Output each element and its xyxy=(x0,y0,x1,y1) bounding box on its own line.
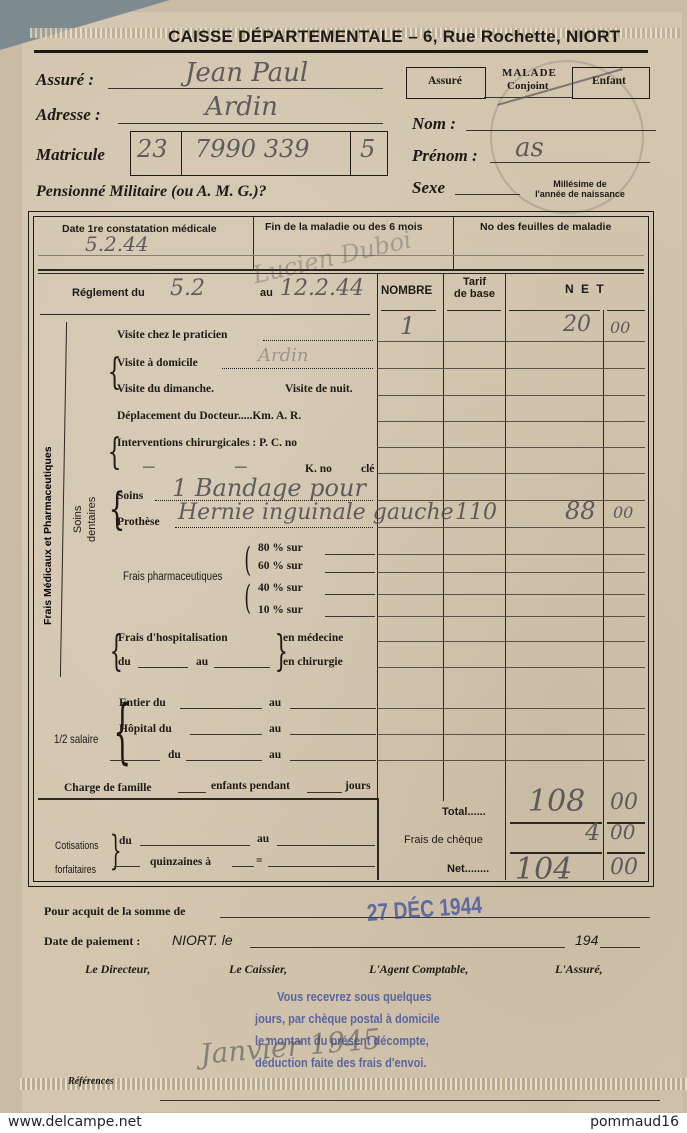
adresse-field-line xyxy=(118,123,383,124)
pensionne-label: Pensionné Militaire (ou A. M. G.)? xyxy=(36,183,267,201)
millesime-label: Millésime de l'année de naissance xyxy=(530,179,630,199)
watermark-footer: www.delcampe.net pommaud16 xyxy=(0,1113,687,1133)
du-line xyxy=(186,760,262,761)
soins-dentaires-line-1: Soins xyxy=(71,497,85,542)
row-pct-80: 80 % sur xyxy=(258,542,303,554)
row-pct-60: 60 % sur xyxy=(258,560,303,572)
dots-prothese xyxy=(175,527,373,528)
dots-visite-praticien xyxy=(263,340,373,341)
quinzaines-value-line xyxy=(232,866,254,867)
grid-row-line xyxy=(377,641,645,642)
column-header-rule xyxy=(509,310,600,311)
row-frais-pharma: Frais pharmaceutiques xyxy=(123,571,222,583)
grid-row-line xyxy=(377,708,645,709)
year-suffix-line xyxy=(600,947,640,948)
hopital-au-line xyxy=(290,734,376,735)
row-entier-du: Entier du xyxy=(119,697,166,709)
col-divider-net xyxy=(505,273,506,880)
frais-cheque-label: Frais de chèque xyxy=(404,834,483,846)
date-constatation-value[interactable]: 5.2.44 xyxy=(85,232,149,256)
row-en-chirurgie: en chirurgie xyxy=(283,656,343,668)
col-divider-totals xyxy=(377,798,379,880)
nom-label: Nom : xyxy=(412,114,456,134)
assure-value[interactable]: Jean Paul xyxy=(185,58,308,88)
millesime-line-2: l'année de naissance xyxy=(530,189,630,199)
grid-row-line xyxy=(377,572,645,573)
grid-row-line xyxy=(377,368,645,369)
frais-cheque-cents[interactable]: 00 xyxy=(610,820,635,844)
grid-row-line xyxy=(377,447,645,448)
row-equals: = xyxy=(256,855,263,867)
millesime-line-1: Millésime de xyxy=(530,179,630,189)
reglement-underline xyxy=(40,314,370,315)
references-label: Références xyxy=(68,1076,114,1087)
dash-1: — xyxy=(143,461,155,473)
row-entier-au: au xyxy=(269,697,281,709)
dash-2: — xyxy=(235,461,247,473)
sexe-field-line xyxy=(455,194,520,195)
signature-caissier: Le Caissier, xyxy=(229,962,287,977)
col-divider-nombre xyxy=(377,273,378,801)
charge-famille-bottom-rule xyxy=(38,798,378,800)
grid-row-line xyxy=(377,395,645,396)
entry-visite-domicile-note: Ardin xyxy=(258,345,308,366)
entry-visite-net-cents[interactable]: 00 xyxy=(610,318,630,337)
signature-agent-comptable: L'Agent Comptable, xyxy=(369,962,468,977)
row-hosp-au: au xyxy=(196,656,208,668)
enfants-pendant-line xyxy=(307,792,342,793)
entry-prothese-net-francs[interactable]: 88 xyxy=(565,497,596,525)
row-visite-domicile: Visite à domicile xyxy=(117,357,198,369)
row-enfants-pendant: enfants pendant xyxy=(211,780,290,792)
pct-80-line xyxy=(325,554,375,555)
entry-visite-net-francs[interactable]: 20 xyxy=(563,312,591,337)
row-hospitalisation: Frais d'hospitalisation xyxy=(118,632,228,644)
row-hopital-du: Hôpital du xyxy=(119,723,172,735)
malade-assure-label: Assuré xyxy=(428,75,462,87)
col-divider-tarif xyxy=(443,273,444,801)
row-deplacement: Déplacement du Docteur.....Km. A. R. xyxy=(117,410,301,422)
acquit-label: Pour acquit de la somme de xyxy=(44,904,185,919)
pct-60-line xyxy=(325,572,375,573)
row-hopital-au: au xyxy=(269,723,281,735)
total-label: Total...... xyxy=(442,806,486,818)
tarif-line-1: Tarif xyxy=(452,276,497,288)
cot-au-line xyxy=(277,845,375,846)
pct-10-line xyxy=(325,616,375,617)
row-visite-dimanche: Visite du dimanche. xyxy=(117,383,214,395)
row-pct-40: 40 % sur xyxy=(258,582,303,594)
pct-40-line xyxy=(325,594,375,595)
niort-le-label: NIORT. le xyxy=(172,932,233,948)
prenom-value[interactable]: as xyxy=(515,133,544,163)
assure-field-line xyxy=(108,88,383,89)
grid-row-line xyxy=(377,594,645,595)
frais-cheque-francs[interactable]: 4 xyxy=(585,818,600,846)
prenom-label: Prénom : xyxy=(412,146,478,166)
total-cents[interactable]: 00 xyxy=(610,790,638,815)
row-visite-nuit: Visite de nuit. xyxy=(285,383,353,395)
dates-divider-2 xyxy=(453,216,454,271)
side-label-frais-medicaux: Frais Médicaux et Pharmaceutiques xyxy=(42,446,54,625)
side-label-soins-dentaires: Soins dentaires xyxy=(71,497,99,542)
side-label-demi-salaire: 1/2 salaire xyxy=(54,732,98,746)
adresse-label: Adresse : xyxy=(36,105,101,125)
grid-row-line xyxy=(377,421,645,422)
col-header-net: N E T xyxy=(565,282,606,296)
reglement-du-label: Réglement du xyxy=(72,287,145,299)
dates-bottom-rule-2 xyxy=(38,273,644,274)
charge-famille-line xyxy=(178,792,206,793)
entry-visite-nombre[interactable]: 1 xyxy=(400,312,415,340)
feuilles-label: No des feuilles de maladie xyxy=(480,221,611,233)
row-cot-au: au xyxy=(257,833,269,845)
row-en-medecine: en médecine xyxy=(283,632,343,644)
soins-dentaires-line-2: dentaires xyxy=(85,497,99,542)
year-prefix: 194 xyxy=(575,932,598,948)
notice-line-1: Vous recevrez sous quelques xyxy=(255,986,440,1008)
date-paiement-line xyxy=(250,947,565,948)
row-quinzaines: quinzaines à xyxy=(150,856,211,868)
reglement-au-value[interactable]: 12.2.44 xyxy=(280,276,364,301)
reglement-au-label: au xyxy=(260,287,273,299)
perforation-bottom xyxy=(20,1078,687,1090)
du-prefix-line xyxy=(110,760,160,761)
grid-row-line xyxy=(377,554,645,555)
row-du: du xyxy=(168,749,181,761)
grid-row-line xyxy=(377,616,645,617)
col-header-nombre: NOMBRE xyxy=(381,285,432,297)
nom-field-line xyxy=(466,130,656,131)
matricule-value-1[interactable]: 23 xyxy=(137,135,168,163)
equals-line xyxy=(268,866,375,867)
matricule-label: Matricule xyxy=(36,145,105,165)
hosp-du-line xyxy=(138,667,188,668)
row-pct-10: 10 % sur xyxy=(258,604,303,616)
grid-row-line xyxy=(377,527,645,528)
cot-du-line xyxy=(140,845,250,846)
entier-au-line xyxy=(290,708,376,709)
references-line xyxy=(160,1100,660,1101)
malade-title: MALADE xyxy=(502,67,557,79)
torn-corner xyxy=(0,0,170,50)
entier-du-line xyxy=(180,708,262,709)
grid-row-line xyxy=(377,667,645,668)
watermark-left: www.delcampe.net xyxy=(8,1114,142,1130)
hopital-du-line xyxy=(190,734,262,735)
row-interventions: Interventions chirurgicales : P. C. no xyxy=(117,437,297,449)
adresse-value[interactable]: Ardin xyxy=(205,92,278,122)
tarif-line-2: de base xyxy=(452,288,497,300)
reglement-du-value[interactable]: 5.2 xyxy=(170,276,205,301)
row-soins: Soins xyxy=(117,490,143,502)
form-header-title: CAISSE DÉPARTEMENTALE – 6, Rue Rochette,… xyxy=(168,27,620,47)
grid-row-line xyxy=(377,760,645,761)
entry-soins-text[interactable]: 1 Bandage pour xyxy=(172,474,366,502)
matricule-value-3[interactable]: 5 xyxy=(360,135,375,163)
side-label-cotisations: Cotisations forfaitaires xyxy=(55,834,99,882)
row-prothese: Prothèse xyxy=(117,516,160,528)
header-rule xyxy=(34,50,648,53)
cotisations-line-1: Cotisations xyxy=(55,834,99,858)
hosp-au-line xyxy=(214,667,270,668)
net-label: Net........ xyxy=(447,863,489,875)
cheque-rule-cents xyxy=(607,852,645,854)
grid-row-line xyxy=(377,734,645,735)
pharma-brace-bottom: ( xyxy=(244,578,251,618)
net-cents[interactable]: 00 xyxy=(610,855,638,880)
column-header-rule xyxy=(381,310,436,311)
cotisations-line-2: forfaitaires xyxy=(55,858,99,882)
signature-directeur: Le Directeur, xyxy=(85,962,150,977)
entry-prothese-tarif[interactable]: 110 xyxy=(455,500,497,525)
column-header-rule xyxy=(607,310,645,311)
row-charge-famille: Charge de famille xyxy=(64,782,152,794)
assure-label: Assuré : xyxy=(36,70,94,90)
sexe-label: Sexe xyxy=(412,178,445,198)
net-francs[interactable]: 104 xyxy=(515,852,572,887)
row-au: au xyxy=(269,749,281,761)
row-jours: jours xyxy=(345,780,371,792)
entry-prothese-text[interactable]: Hernie inguinale gauche xyxy=(178,500,454,525)
signature-assure: L'Assuré, xyxy=(555,962,603,977)
dots-visite-domicile xyxy=(222,368,373,369)
row-cot-du: du xyxy=(119,835,132,847)
col-header-tarif: Tarif de base xyxy=(452,276,497,300)
quinzaines-prefix-line xyxy=(114,866,140,867)
pharma-brace-top: ( xyxy=(244,540,251,580)
column-header-rule xyxy=(447,310,501,311)
row-visite-praticien: Visite chez le praticien xyxy=(117,329,227,341)
total-francs[interactable]: 108 xyxy=(528,784,585,819)
grid-row-line xyxy=(377,473,645,474)
au-line xyxy=(290,760,376,761)
prenom-field-line xyxy=(490,162,650,163)
row-hosp-du: du xyxy=(118,656,131,668)
entry-prothese-net-cents[interactable]: 00 xyxy=(613,503,633,522)
grid-row-line xyxy=(377,341,645,342)
date-paiement-label: Date de paiement : xyxy=(44,934,140,949)
matricule-value-2[interactable]: 7990 339 xyxy=(195,135,310,163)
watermark-right: pommaud16 xyxy=(590,1114,679,1130)
